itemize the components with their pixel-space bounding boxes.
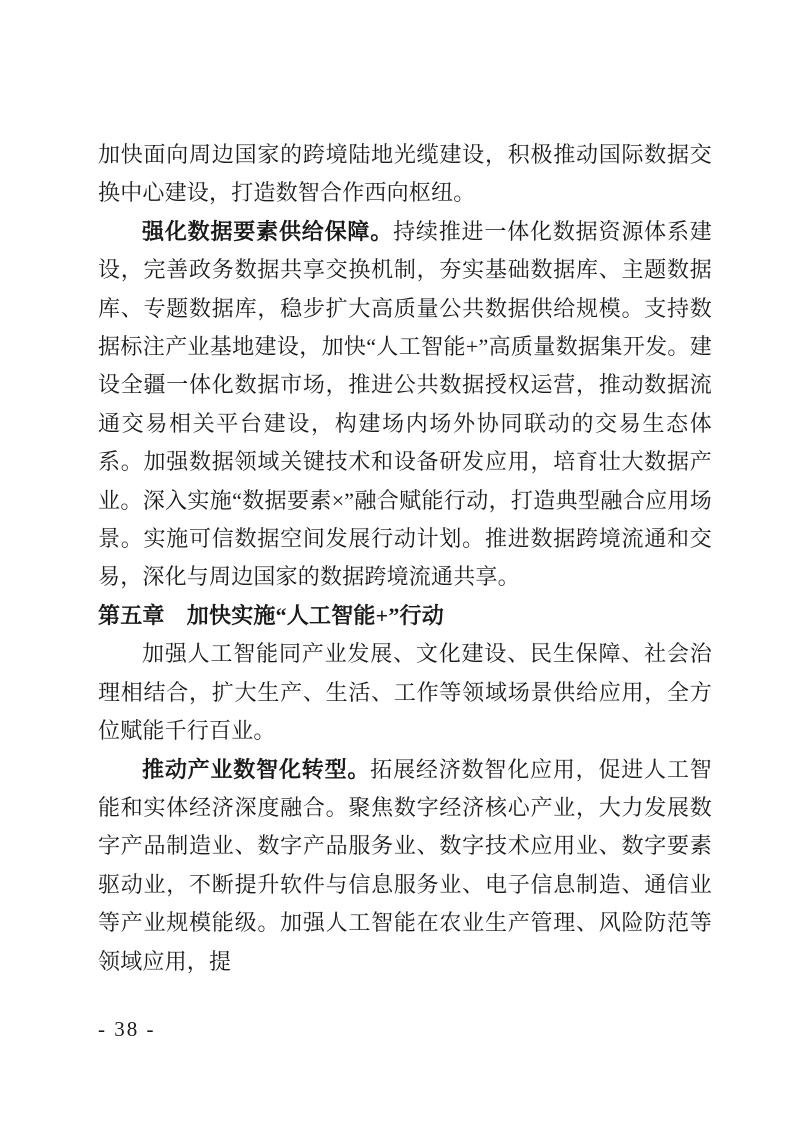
paragraph-lead-bold: 强化数据要素供给保障。: [142, 219, 393, 244]
paragraph-industry-transform: 推动产业数智化转型。拓展经济数智化应用，促进人工智能和实体经济深度融合。聚焦数字…: [98, 751, 712, 981]
paragraph-lead-bold: 推动产业数智化转型。: [142, 757, 370, 782]
paragraph-data-supply: 强化数据要素供给保障。持续推进一体化数据资源体系建设，完善政务数据共享交换机制，…: [98, 213, 712, 597]
document-page: 加快面向周边国家的跨境陆地光缆建设，积极推动国际数据交换中心建设，打造数智合作西…: [0, 0, 793, 1122]
paragraph-ai-overview: 加强人工智能同产业发展、文化建设、民生保障、社会治理相结合，扩大生产、生活、工作…: [98, 635, 712, 750]
paragraph-continued: 加快面向周边国家的跨境陆地光缆建设，积极推动国际数据交换中心建设，打造数智合作西…: [98, 136, 712, 213]
page-number: - 38 -: [98, 1014, 156, 1044]
chapter-heading: 第五章 加快实施“人工智能+”行动: [98, 597, 712, 635]
paragraph-body-text: 持续推进一体化数据资源体系建设，完善政务数据共享交换机制，夯实基础数据库、主题数…: [98, 219, 712, 590]
text-body: 加快面向周边国家的跨境陆地光缆建设，积极推动国际数据交换中心建设，打造数智合作西…: [98, 136, 712, 981]
paragraph-body-text: 拓展经济数智化应用，促进人工智能和实体经济深度融合。聚焦数字经济核心产业，大力发…: [98, 757, 712, 974]
